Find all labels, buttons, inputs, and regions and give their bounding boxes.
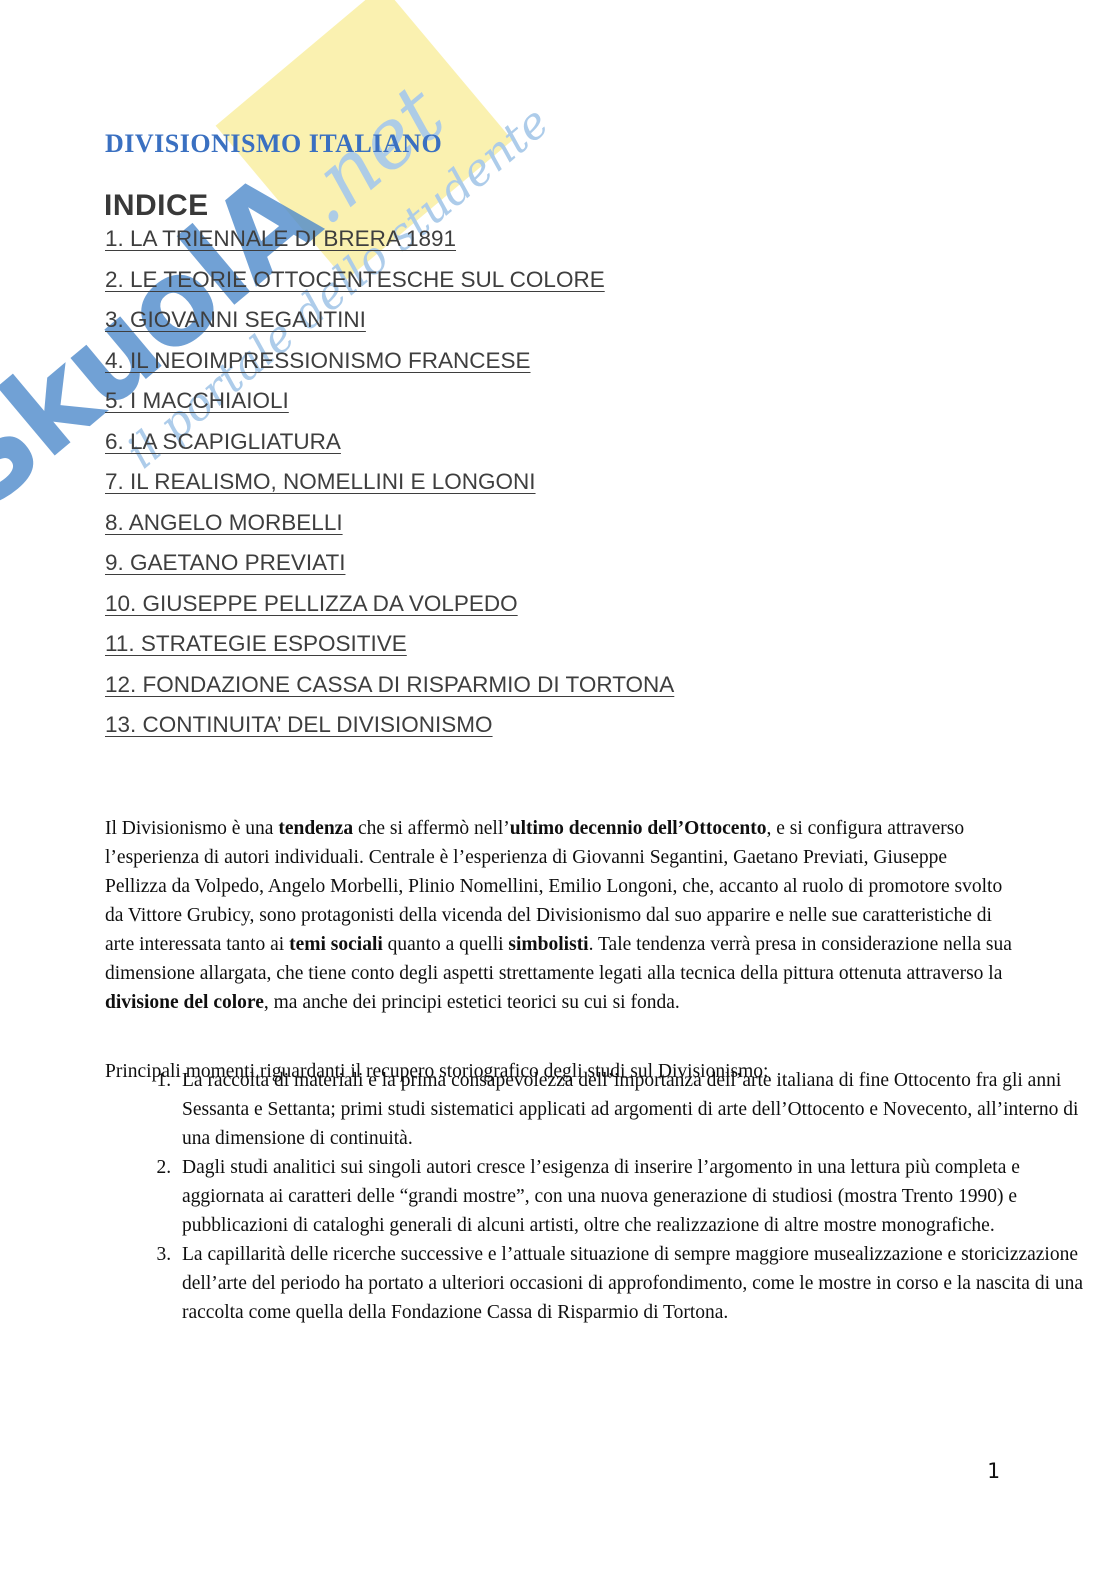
intro-paragraph: Il Divisionismo è una tendenza che si af… xyxy=(105,814,1013,1017)
toc-item-10[interactable]: 10. GIUSEPPE PELLIZZA DA VOLPEDO xyxy=(105,592,674,615)
toc-item-4[interactable]: 4. IL NEOIMPRESSIONISMO FRANCESE xyxy=(105,349,674,372)
page-number: 1 xyxy=(987,1459,1000,1483)
toc-item-2[interactable]: 2. LE TEORIE OTTOCENTESCHE SUL COLORE xyxy=(105,268,674,291)
toc-item-9[interactable]: 9. GAETANO PREVIATI xyxy=(105,551,674,574)
toc-item-5[interactable]: 5. I MACCHIAIOLI xyxy=(105,389,674,412)
moments-list-item-3: La capillarità delle ricerche successive… xyxy=(176,1240,1084,1327)
document-title: DIVISIONISMO ITALIANO xyxy=(105,129,442,159)
toc-item-6[interactable]: 6. LA SCAPIGLIATURA xyxy=(105,430,674,453)
moments-list-item-1: La raccolta di materiali e la prima cons… xyxy=(176,1066,1084,1153)
document-page: SkuolA .net il portale dello studente DI… xyxy=(0,0,1116,1579)
toc-item-7[interactable]: 7. IL REALISMO, NOMELLINI E LONGONI xyxy=(105,470,674,493)
toc-item-8[interactable]: 8. ANGELO MORBELLI xyxy=(105,511,674,534)
toc-item-1[interactable]: 1. LA TRIENNALE DI BRERA 1891 xyxy=(105,227,674,250)
moments-numbered-list: La raccolta di materiali e la prima cons… xyxy=(105,1066,1084,1327)
toc-item-3[interactable]: 3. GIOVANNI SEGANTINI xyxy=(105,308,674,331)
toc-item-13[interactable]: 13. CONTINUITA’ DEL DIVISIONISMO xyxy=(105,713,674,736)
toc-heading: INDICE xyxy=(104,189,209,223)
toc-item-11[interactable]: 11. STRATEGIE ESPOSITIVE xyxy=(105,632,674,655)
table-of-contents: 1. LA TRIENNALE DI BRERA 1891 2. LE TEOR… xyxy=(105,227,674,754)
moments-list-item-2: Dagli studi analitici sui singoli autori… xyxy=(176,1153,1084,1240)
toc-item-12[interactable]: 12. FONDAZIONE CASSA DI RISPARMIO DI TOR… xyxy=(105,673,674,696)
